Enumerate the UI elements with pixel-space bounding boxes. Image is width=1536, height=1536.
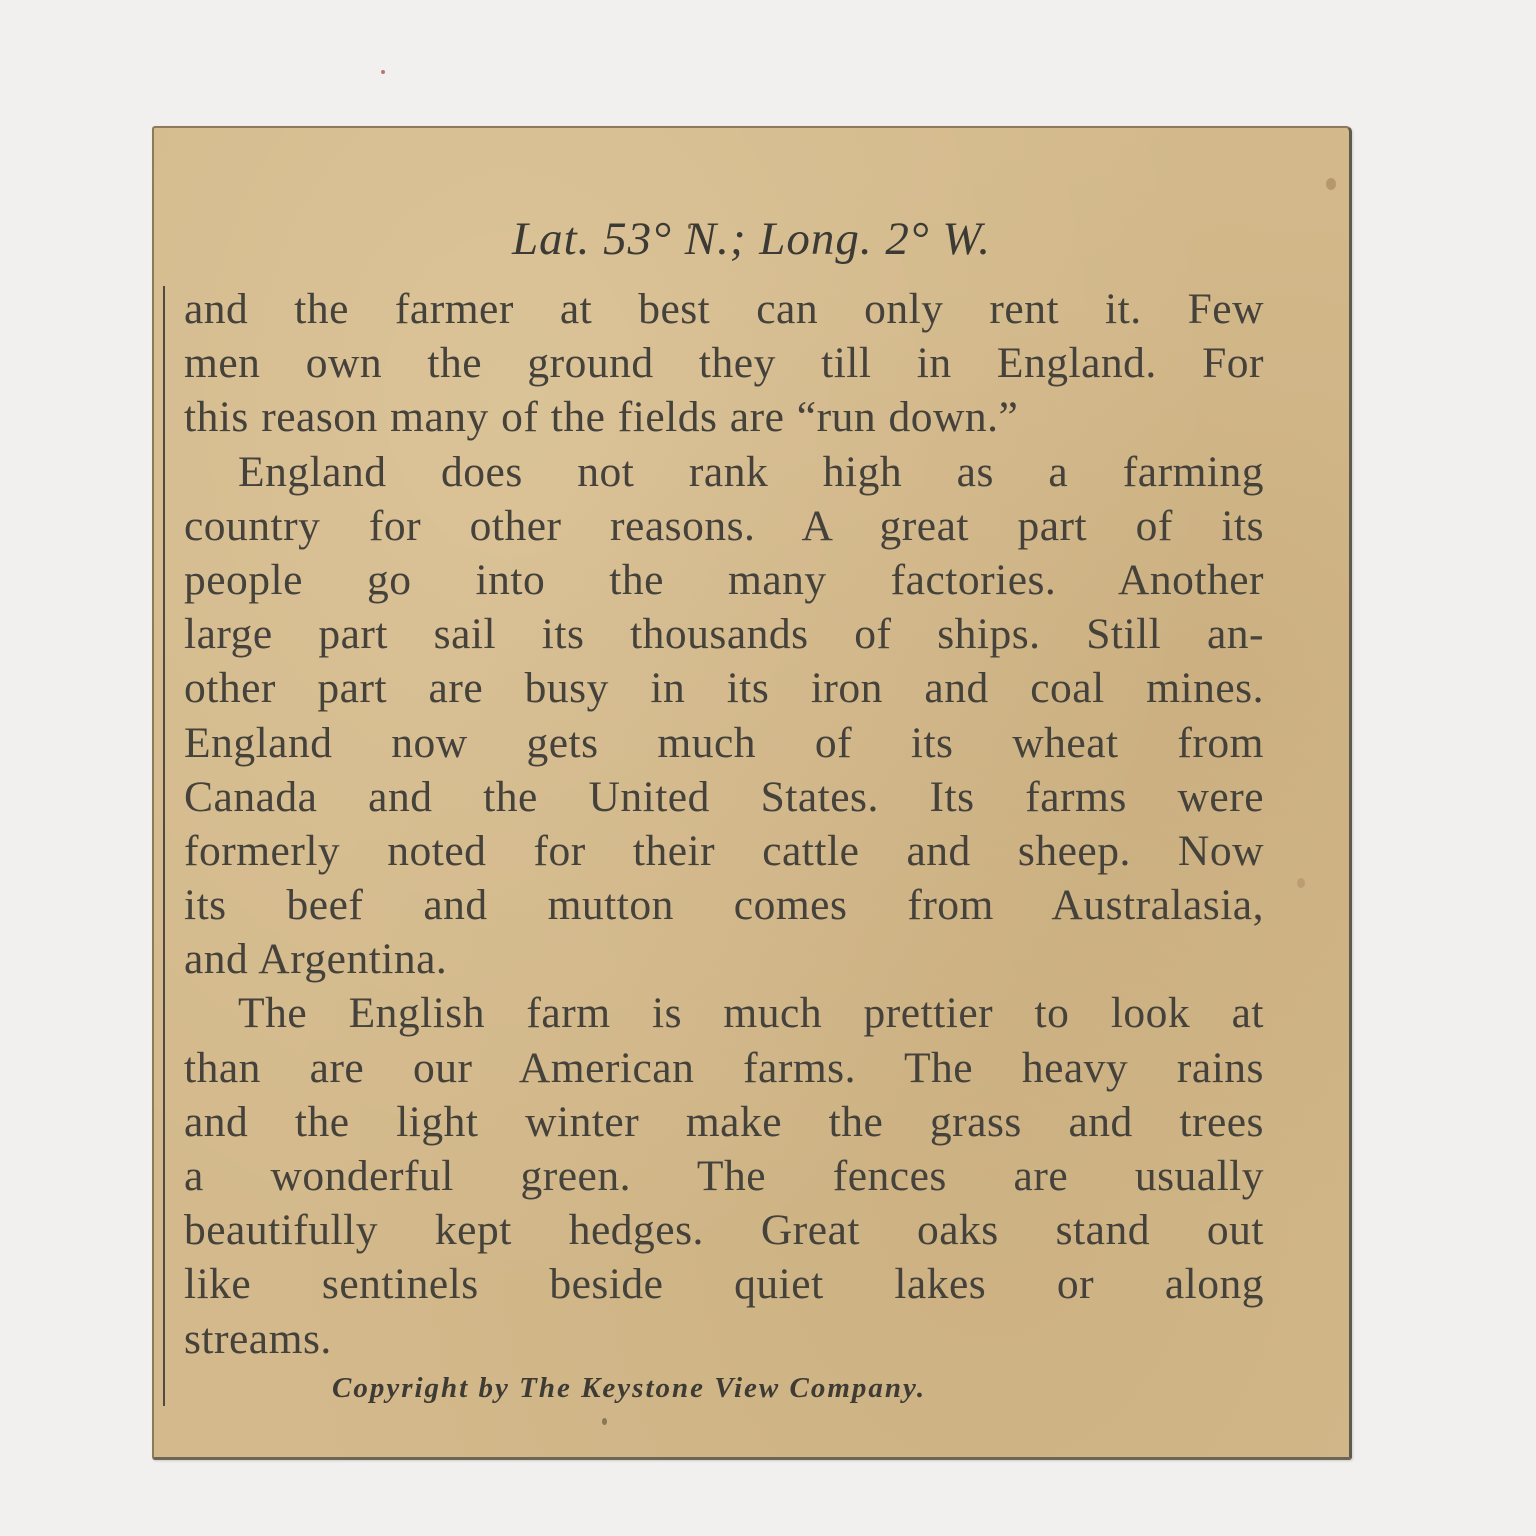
copyright-notice: Copyright by The Keystone View Company.: [332, 1372, 926, 1405]
text-line: its beef and mutton comes from Australas…: [184, 878, 1264, 932]
coordinates-heading: Lat. 53° N.; Long. 2° W.: [154, 212, 1349, 266]
paper-speck: [1297, 878, 1305, 888]
text-line: like sentinels beside quiet lakes or alo…: [184, 1257, 1264, 1311]
text-line: men own the ground they till in England.…: [184, 336, 1264, 390]
text-line: Canada and the United States. Its farms …: [184, 770, 1264, 824]
text-line: beautifully kept hedges. Great oaks stan…: [184, 1203, 1264, 1257]
text-line: people go into the many factories. Anoth…: [184, 553, 1264, 607]
text-line: and the light winter make the grass and …: [184, 1095, 1264, 1149]
text-line: formerly noted for their cattle and shee…: [184, 824, 1264, 878]
text-line: other part are busy in its iron and coal…: [184, 661, 1264, 715]
text-line: and the farmer at best can only rent it.…: [184, 282, 1264, 336]
background-speck: [381, 70, 385, 74]
paper-speck: [602, 1418, 607, 1425]
text-line: country for other reasons. A great part …: [184, 499, 1264, 553]
paper-speck: [1326, 178, 1336, 190]
text-line: large part sail its thousands of ships. …: [184, 607, 1264, 661]
text-line: streams.: [184, 1312, 1264, 1366]
card-body-text: and the farmer at best can only rent it.…: [184, 282, 1264, 1366]
left-margin-rule: [163, 286, 165, 1406]
stereoview-card-back: Lat. 53° N.; Long. 2° W. and the farmer …: [152, 126, 1352, 1460]
text-line: The English farm is much prettier to loo…: [184, 986, 1264, 1040]
text-line: England does not rank high as a farming: [184, 445, 1264, 499]
text-line: a wonderful green. The fences are usuall…: [184, 1149, 1264, 1203]
text-line: than are our American farms. The heavy r…: [184, 1041, 1264, 1095]
text-line: England now gets much of its wheat from: [184, 716, 1264, 770]
text-line: and Argentina.: [184, 932, 1264, 986]
paper-speck: [688, 224, 691, 229]
text-line: this reason many of the fields are “run …: [184, 390, 1264, 444]
